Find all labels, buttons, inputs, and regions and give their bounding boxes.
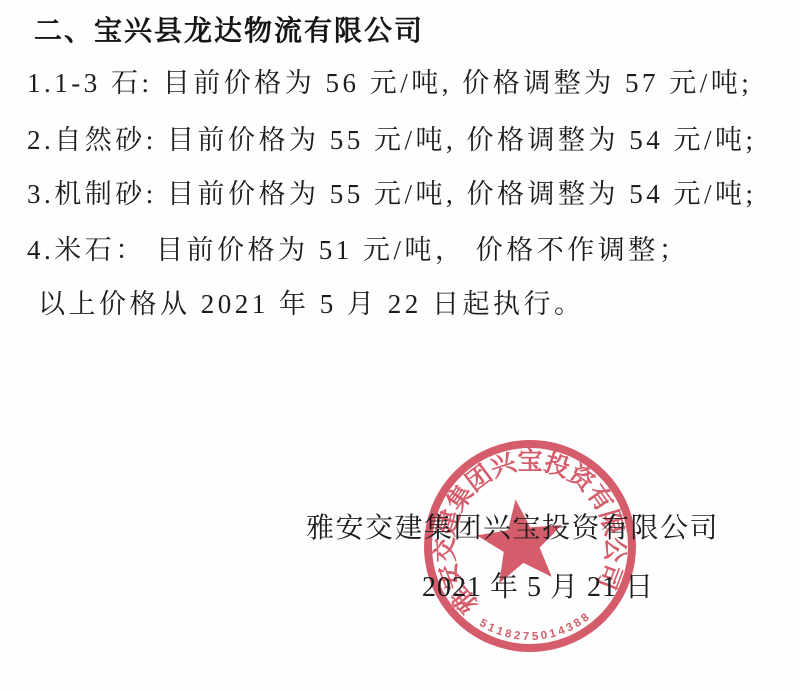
svg-text:宝: 宝: [517, 447, 542, 476]
svg-text:0: 0: [540, 629, 548, 642]
price-item-1: 1.1-3 石: 目前价格为 56 元/吨, 价格调整为 57 元/吨;: [27, 61, 752, 100]
price-item-3: 3.机制砂: 目前价格为 55 元/吨, 价格调整为 54 元/吨;: [27, 172, 757, 211]
effective-date-line: 以上价格从 2021 年 5 月 22 日起执行。: [38, 282, 585, 321]
svg-text:2: 2: [513, 630, 521, 643]
issue-date: 2021 年 5 月 21 日: [422, 565, 654, 605]
section-heading: 二、宝兴县龙达物流有限公司: [34, 9, 424, 49]
svg-text:5: 5: [532, 631, 540, 643]
company-seal-stamp-icon: 雅安交建集团兴宝投资有限公司5118275014388: [410, 426, 650, 666]
price-item-4: 4.米石： 目前价格为 51 元/吨， 价格不作调整；: [27, 228, 689, 267]
document-page: 二、宝兴县龙达物流有限公司 1.1-3 石: 目前价格为 56 元/吨, 价格调…: [0, 0, 800, 691]
issuer-signature: 雅安交建集团兴宝投资有限公司: [306, 506, 719, 546]
svg-text:7: 7: [523, 631, 530, 643]
price-item-2: 2.自然砂: 目前价格为 55 元/吨, 价格调整为 54 元/吨;: [27, 118, 757, 157]
svg-text:8: 8: [504, 628, 514, 641]
